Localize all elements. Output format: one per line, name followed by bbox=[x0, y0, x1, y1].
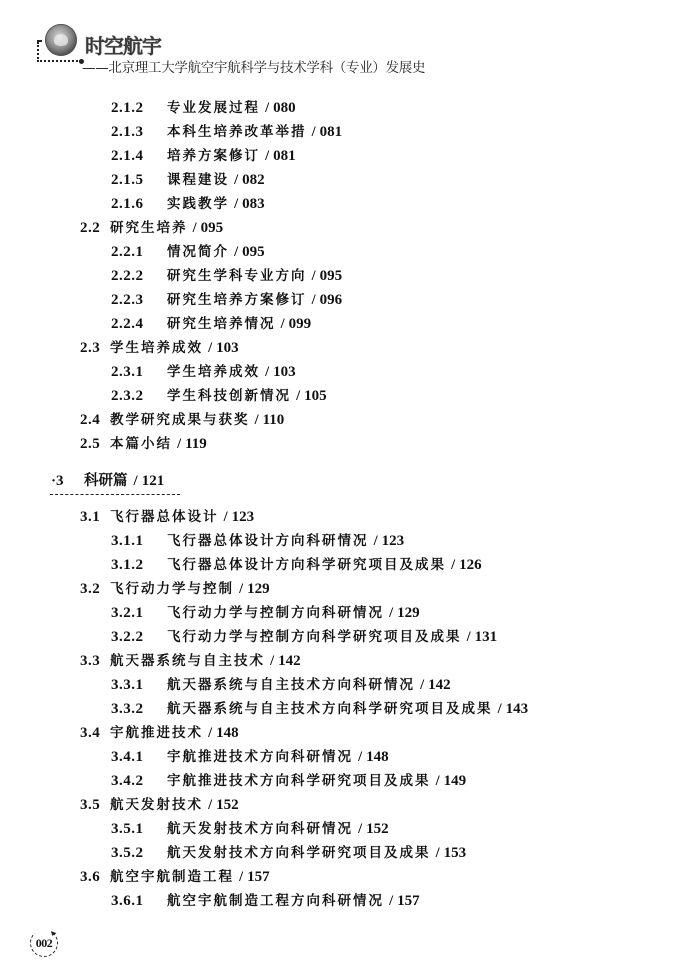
toc-entry-number: 3.3.1 bbox=[111, 675, 167, 695]
toc-entry[interactable]: 3.5.1航天发射技术方向科研情况 /152 bbox=[111, 819, 389, 839]
toc-separator: / bbox=[134, 473, 138, 489]
chapter-title: 科研篇 bbox=[84, 473, 128, 489]
toc-entry-title: 本篇小结 bbox=[110, 436, 172, 452]
toc-entry-page: 110 bbox=[263, 412, 285, 428]
toc-entry-number: 3.4.2 bbox=[111, 771, 167, 791]
toc-entry-page: 096 bbox=[320, 292, 343, 308]
toc-entry-page: 157 bbox=[247, 869, 270, 885]
toc-separator: / bbox=[281, 316, 285, 332]
toc-entry-title: 飞行器总体设计方向科学研究项目及成果 bbox=[167, 557, 446, 573]
toc-entry-number: 2.4 bbox=[80, 410, 110, 430]
toc-entry-number: 3.4 bbox=[80, 723, 110, 743]
toc-entry-page: 143 bbox=[506, 701, 529, 717]
toc-separator: / bbox=[498, 701, 502, 717]
toc-entry-number: 2.1.5 bbox=[111, 170, 167, 190]
toc-entry-title: 宇航推进技术方向科学研究项目及成果 bbox=[167, 773, 431, 789]
toc-entry-number: 3.6.1 bbox=[111, 891, 167, 911]
toc-entry-page: 081 bbox=[320, 124, 343, 140]
toc-entry-title: 学生培养成效 bbox=[167, 364, 260, 380]
toc-separator: / bbox=[265, 364, 269, 380]
toc-entry-number: 3.1.1 bbox=[111, 531, 167, 551]
toc-separator: / bbox=[270, 653, 274, 669]
toc-entry-page: 103 bbox=[273, 364, 296, 380]
toc-entry-number: 2.2.4 bbox=[111, 314, 167, 334]
toc-entry-number: 2.1.3 bbox=[111, 122, 167, 142]
toc-entry-page: 099 bbox=[289, 316, 312, 332]
toc-separator: / bbox=[234, 172, 238, 188]
toc-entry-number: 3.3.2 bbox=[111, 699, 167, 719]
toc-entry-title: 航天发射技术方向科学研究项目及成果 bbox=[167, 845, 431, 861]
toc-entry-page: 119 bbox=[185, 436, 207, 452]
book-subtitle: ——北京理工大学航空宇航科学与技术学科（专业）发展史 bbox=[82, 56, 425, 76]
toc-separator: / bbox=[436, 845, 440, 861]
toc-entry-page: 152 bbox=[216, 797, 239, 813]
toc-entry[interactable]: 3.3.1航天器系统与自主技术方向科研情况 /142 bbox=[111, 675, 451, 695]
toc-separator: / bbox=[389, 893, 393, 909]
toc-entry-title: 航天器系统与自主技术 bbox=[110, 653, 265, 669]
toc-entry[interactable]: 3.2飞行动力学与控制 /129 bbox=[80, 579, 270, 599]
toc-entry-title: 宇航推进技术方向科研情况 bbox=[167, 749, 353, 765]
toc-separator: / bbox=[312, 268, 316, 284]
toc-entry-page: 149 bbox=[444, 773, 467, 789]
toc-entry-page: 129 bbox=[247, 581, 270, 597]
toc-entry[interactable]: 2.4教学研究成果与获奖 /110 bbox=[80, 410, 284, 430]
toc-entry-page: 081 bbox=[273, 148, 296, 164]
toc-entry[interactable]: 3.1.2飞行器总体设计方向科学研究项目及成果 /126 bbox=[111, 555, 482, 575]
toc-entry-page: 148 bbox=[216, 725, 239, 741]
toc-entry[interactable]: 3.2.2飞行动力学与控制方向科学研究项目及成果 /131 bbox=[111, 627, 497, 647]
toc-entry-title: 航天发射技术 bbox=[110, 797, 203, 813]
toc-separator: / bbox=[193, 220, 197, 236]
toc-entry-title: 航天发射技术方向科研情况 bbox=[167, 821, 353, 837]
toc-entry[interactable]: 2.3.2学生科技创新情况 /105 bbox=[111, 386, 327, 406]
dotted-bracket-ornament bbox=[37, 42, 81, 62]
toc-entry-title: 学生培养成效 bbox=[110, 340, 203, 356]
toc-entry-number: 2.1.6 bbox=[111, 194, 167, 214]
toc-entry-number: 2.2 bbox=[80, 218, 110, 238]
toc-entry[interactable]: 2.1.5课程建设 /082 bbox=[111, 170, 265, 190]
toc-separator: / bbox=[239, 581, 243, 597]
toc-entry-page: 095 bbox=[201, 220, 224, 236]
toc-entry-number: 3.2.2 bbox=[111, 627, 167, 647]
toc-entry-title: 研究生培养情况 bbox=[167, 316, 276, 332]
toc-entry[interactable]: 3.2.1飞行动力学与控制方向科研情况 /129 bbox=[111, 603, 420, 623]
toc-entry-page: 142 bbox=[428, 677, 451, 693]
toc-separator: / bbox=[358, 749, 362, 765]
toc-entry-page: 123 bbox=[382, 533, 405, 549]
book-title: 时空航宇 bbox=[85, 30, 161, 59]
chapter-heading[interactable]: ·3科研篇/121 bbox=[51, 470, 164, 491]
toc-entry-title: 飞行器总体设计方向科研情况 bbox=[167, 533, 369, 549]
toc-entry[interactable]: 2.2.1情况简介 /095 bbox=[111, 242, 265, 262]
toc-entry-page: 153 bbox=[444, 845, 467, 861]
toc-entry[interactable]: 2.1.3本科生培养改革举措 /081 bbox=[111, 122, 342, 142]
toc-entry-page: 095 bbox=[242, 244, 265, 260]
toc-separator: / bbox=[296, 388, 300, 404]
toc-separator: / bbox=[208, 797, 212, 813]
toc-entry[interactable]: 3.1.1飞行器总体设计方向科研情况 /123 bbox=[111, 531, 404, 551]
toc-separator: / bbox=[358, 821, 362, 837]
toc-separator: / bbox=[255, 412, 259, 428]
toc-entry-title: 研究生学科专业方向 bbox=[167, 268, 307, 284]
toc-entry-number: 2.2.2 bbox=[111, 266, 167, 286]
toc-entry-title: 航天器系统与自主技术方向科研情况 bbox=[167, 677, 415, 693]
toc-entry-number: 2.3.2 bbox=[111, 386, 167, 406]
toc-entry[interactable]: 3.1飞行器总体设计 /123 bbox=[80, 507, 254, 527]
toc-entry[interactable]: 3.3航天器系统与自主技术 /142 bbox=[80, 651, 301, 671]
toc-entry[interactable]: 2.1.2专业发展过程 /080 bbox=[111, 98, 296, 118]
toc-entry[interactable]: 2.3学生培养成效 /103 bbox=[80, 338, 239, 358]
toc-separator: / bbox=[451, 557, 455, 573]
toc-entry-page: 126 bbox=[459, 557, 482, 573]
toc-separator: / bbox=[234, 244, 238, 260]
toc-entry-number: 3.5.2 bbox=[111, 843, 167, 863]
toc-entry-number: 3.4.1 bbox=[111, 747, 167, 767]
toc-entry-number: 2.2.3 bbox=[111, 290, 167, 310]
toc-entry-number: 3.2 bbox=[80, 579, 110, 599]
toc-entry-title: 研究生培养 bbox=[110, 220, 188, 236]
toc-entry[interactable]: 3.4.1宇航推进技术方向科研情况 /148 bbox=[111, 747, 389, 767]
toc-entry-page: 129 bbox=[397, 605, 420, 621]
toc-entry[interactable]: 3.3.2航天器系统与自主技术方向科学研究项目及成果 /143 bbox=[111, 699, 528, 719]
toc-entry-title: 飞行动力学与控制方向科学研究项目及成果 bbox=[167, 629, 462, 645]
toc-entry-title: 飞行器总体设计 bbox=[110, 509, 219, 525]
toc-entry-page: 148 bbox=[366, 749, 389, 765]
toc-entry-page: 142 bbox=[278, 653, 301, 669]
toc-separator: / bbox=[374, 533, 378, 549]
toc-entry[interactable]: 2.3.1学生培养成效 /103 bbox=[111, 362, 296, 382]
toc-entry[interactable]: 2.2.3研究生培养方案修订 /096 bbox=[111, 290, 342, 310]
toc-entry-title: 研究生培养方案修订 bbox=[167, 292, 307, 308]
toc-separator: / bbox=[436, 773, 440, 789]
toc-entry-page: 083 bbox=[242, 196, 265, 212]
toc-separator: / bbox=[467, 629, 471, 645]
toc-entry[interactable]: 3.4宇航推进技术 /148 bbox=[80, 723, 239, 743]
toc-entry-page: 095 bbox=[320, 268, 343, 284]
toc-entry-page: 105 bbox=[304, 388, 327, 404]
toc-entry-page: 152 bbox=[366, 821, 389, 837]
toc-entry-page: 131 bbox=[475, 629, 498, 645]
toc-entry-number: 2.3 bbox=[80, 338, 110, 358]
toc-entry-title: 学生科技创新情况 bbox=[167, 388, 291, 404]
running-header: 时空航宇 ——北京理工大学航空宇航科学与技术学科（专业）发展史 bbox=[0, 0, 676, 80]
toc-entry[interactable]: 3.4.2宇航推进技术方向科学研究项目及成果 /149 bbox=[111, 771, 466, 791]
toc-entry[interactable]: 2.2.4研究生培养情况 /099 bbox=[111, 314, 311, 334]
toc-entry-title: 航天器系统与自主技术方向科学研究项目及成果 bbox=[167, 701, 493, 717]
toc-entry-page: 080 bbox=[273, 100, 296, 116]
toc-entry-number: 3.1 bbox=[80, 507, 110, 527]
toc-entry[interactable]: 2.2.2研究生学科专业方向 /095 bbox=[111, 266, 342, 286]
toc-entry-title: 课程建设 bbox=[167, 172, 229, 188]
toc-entry-title: 宇航推进技术 bbox=[110, 725, 203, 741]
toc-entry-page: 157 bbox=[397, 893, 420, 909]
toc-separator: / bbox=[234, 196, 238, 212]
toc-separator: / bbox=[224, 509, 228, 525]
toc-entry-page: 123 bbox=[232, 509, 255, 525]
toc-entry[interactable]: 2.1.6实践教学 /083 bbox=[111, 194, 265, 214]
toc-entry[interactable]: 2.1.4培养方案修订 /081 bbox=[111, 146, 296, 166]
toc-entry-title: 情况简介 bbox=[167, 244, 229, 260]
toc-entry-title: 实践教学 bbox=[167, 196, 229, 212]
chapter-page: 121 bbox=[142, 473, 165, 489]
toc-entry-title: 专业发展过程 bbox=[167, 100, 260, 116]
toc-entry-number: 2.1.4 bbox=[111, 146, 167, 166]
page-number-badge: 002 bbox=[30, 929, 58, 957]
toc-entry-number: 2.5 bbox=[80, 434, 110, 454]
toc-separator: / bbox=[312, 124, 316, 140]
toc-entry-title: 培养方案修订 bbox=[167, 148, 260, 164]
toc-separator: / bbox=[239, 869, 243, 885]
toc-separator: / bbox=[420, 677, 424, 693]
toc-entry-title: 飞行动力学与控制方向科研情况 bbox=[167, 605, 384, 621]
toc-entry[interactable]: 2.2研究生培养 /095 bbox=[80, 218, 223, 238]
toc-entry-number: 3.3 bbox=[80, 651, 110, 671]
chapter-dashed-rule bbox=[50, 494, 180, 495]
toc-entry-title: 航空宇航制造工程方向科研情况 bbox=[167, 893, 384, 909]
toc-entry-number: 3.1.2 bbox=[111, 555, 167, 575]
toc-entry[interactable]: 3.6.1航空宇航制造工程方向科研情况 /157 bbox=[111, 891, 420, 911]
toc-separator: / bbox=[208, 725, 212, 741]
toc-entry-title: 飞行动力学与控制 bbox=[110, 581, 234, 597]
toc-entry[interactable]: 2.5本篇小结 /119 bbox=[80, 434, 207, 454]
toc-separator: / bbox=[208, 340, 212, 356]
toc-entry-number: 3.6 bbox=[80, 867, 110, 887]
toc-entry-number: 3.5.1 bbox=[111, 819, 167, 839]
toc-entry-title: 本科生培养改革举措 bbox=[167, 124, 307, 140]
toc-entry-page: 082 bbox=[242, 172, 265, 188]
toc-entry[interactable]: 3.5.2航天发射技术方向科学研究项目及成果 /153 bbox=[111, 843, 466, 863]
chapter-number: 3 bbox=[56, 471, 84, 491]
toc-separator: / bbox=[312, 292, 316, 308]
toc-entry-number: 3.2.1 bbox=[111, 603, 167, 623]
toc-entry-number: 3.5 bbox=[80, 795, 110, 815]
toc-entry-title: 航空宇航制造工程 bbox=[110, 869, 234, 885]
toc-entry-title: 教学研究成果与获奖 bbox=[110, 412, 250, 428]
toc-entry-page: 103 bbox=[216, 340, 239, 356]
toc-separator: / bbox=[265, 148, 269, 164]
toc-entry-number: 2.3.1 bbox=[111, 362, 167, 382]
toc-entry-number: 2.2.1 bbox=[111, 242, 167, 262]
toc-separator: / bbox=[265, 100, 269, 116]
toc-separator: / bbox=[177, 436, 181, 452]
toc-entry[interactable]: 3.6航空宇航制造工程 /157 bbox=[80, 867, 270, 887]
toc-separator: / bbox=[389, 605, 393, 621]
toc-entry-number: 2.1.2 bbox=[111, 98, 167, 118]
toc-entry[interactable]: 3.5航天发射技术 /152 bbox=[80, 795, 239, 815]
